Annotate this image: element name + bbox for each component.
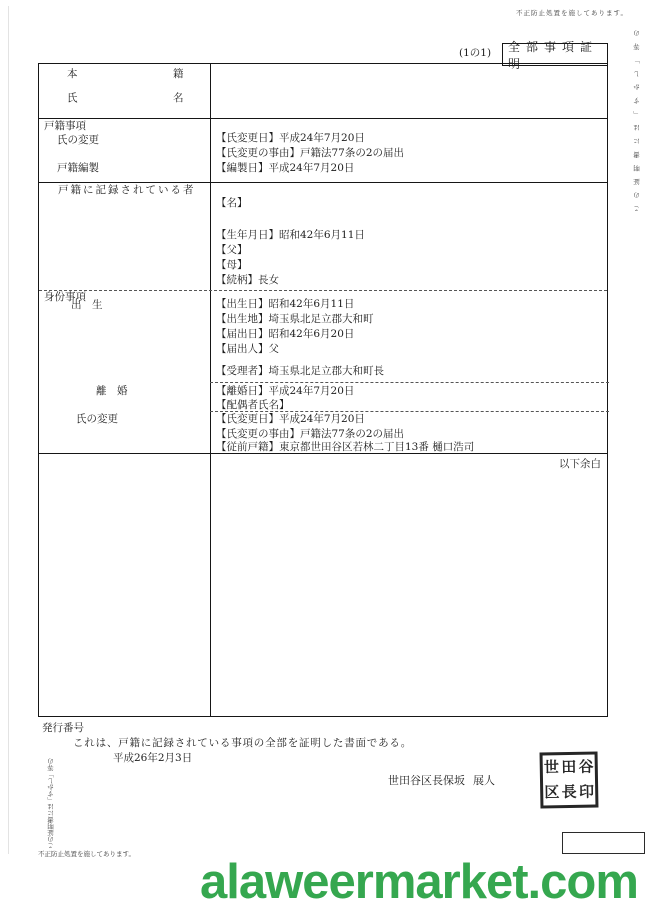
entry-line: 【氏変更の事由】戸籍法77条の2の届出 xyxy=(216,147,404,160)
row-line-3 xyxy=(39,290,607,291)
anti-forgery-notice-top: 不正防止処置を施してあります。 xyxy=(516,8,628,17)
shimei-label-char1: 氏 xyxy=(67,92,78,105)
row-line-2 xyxy=(39,182,607,183)
issue-number-label: 発行番号 xyxy=(42,722,84,735)
entry-line: 【配偶者氏名】 xyxy=(216,399,290,412)
name-change-label: 氏の変更 xyxy=(76,413,118,426)
entry-line: 【受理者】埼玉県北足立郡大和町長 xyxy=(216,365,384,378)
row-line-1 xyxy=(39,118,607,119)
divorce-label: 離 婚 xyxy=(96,385,128,398)
entry-line: 【届出人】父 xyxy=(216,343,279,356)
koseki-table: 本 籍 氏 名 戸籍事項 氏の変更 戸籍編製 【氏変更日】平成24年7月20日 … xyxy=(38,63,608,717)
honseki-label-char2: 籍 xyxy=(173,68,184,81)
issue-date: 平成26年2月3日 xyxy=(113,752,192,765)
row-line-4 xyxy=(210,382,609,383)
scan-edge-artifact xyxy=(8,6,9,854)
anti-forgery-notice-bottom: 不正防止処置を施してあります。 xyxy=(38,849,135,858)
watermark: alaweermarket.com xyxy=(190,854,648,910)
seal-char: 田 xyxy=(561,760,576,775)
seal-char: 世 xyxy=(544,760,559,775)
entry-line: 【続柄】長女 xyxy=(216,274,279,287)
entry-line: 【父】 xyxy=(216,244,248,257)
entry-line: 【離婚日】平成24年7月20日 xyxy=(216,385,354,398)
birth-label: 出 生 xyxy=(71,299,103,312)
section-koseki-jiko-label: 戸籍事項 xyxy=(44,120,86,133)
shimei-label-char2: 名 xyxy=(173,92,184,105)
koseki-certificate-page: 不正防止処置を施してあります。 この証明書には「すかし」等の この証明書には「す… xyxy=(0,0,648,916)
column-divider xyxy=(210,64,211,716)
entry-line: 【編製日】平成24年7月20日 xyxy=(216,162,354,175)
koseki-jiko-name-change-label: 氏の変更 xyxy=(57,134,99,147)
mayor-title: 世田谷区長 xyxy=(388,774,443,787)
certification-statement: これは、戸籍に記録されている事項の全部を証明した書面である。 xyxy=(73,737,412,750)
seal-char: 長 xyxy=(562,785,577,800)
empty-stamp-box xyxy=(562,832,645,854)
entry-line: 【届出日】昭和42年6月20日 xyxy=(216,328,354,341)
mayor-family-name: 保坂 xyxy=(443,774,465,787)
entry-line: 【従前戸籍】東京都世田谷区若林二丁目13番 樋口浩司 xyxy=(216,441,474,454)
entry-line: 【氏変更日】平成24年7月20日 xyxy=(216,413,365,426)
seal-char: 谷 xyxy=(578,760,593,775)
entry-line: 【出生日】昭和42年6月11日 xyxy=(216,298,354,311)
anti-forgery-notice-right-vertical: この証明書には「すかし」等の xyxy=(632,22,641,212)
mayor-seal: 世 田 谷 区 長 印 xyxy=(540,751,599,808)
remainder-blank-notice: 以下余白 xyxy=(559,458,601,471)
entry-line: 【母】 xyxy=(216,259,248,272)
section-recorded-person-label: 戸籍に記録されている者 xyxy=(58,184,196,197)
seal-char: 印 xyxy=(579,785,594,800)
entry-line: 【出生地】埼玉県北足立郡大和町 xyxy=(216,313,374,326)
page-number: (1の1) xyxy=(459,47,491,60)
koseki-jiko-compilation-label: 戸籍編製 xyxy=(57,162,99,175)
honseki-label-char1: 本 xyxy=(67,68,78,81)
seal-char: 区 xyxy=(544,785,559,800)
entry-line: 【氏変更の事由】戸籍法77条の2の届出 xyxy=(216,428,404,441)
mayor-given-name: 展人 xyxy=(473,774,495,787)
entry-line: 【氏変更日】平成24年7月20日 xyxy=(216,132,365,145)
entry-line: 【生年月日】昭和42年6月11日 xyxy=(216,229,365,242)
anti-forgery-notice-left-vertical: この証明書には「すかし」等の xyxy=(46,754,55,849)
entry-line: 【名】 xyxy=(216,197,248,210)
